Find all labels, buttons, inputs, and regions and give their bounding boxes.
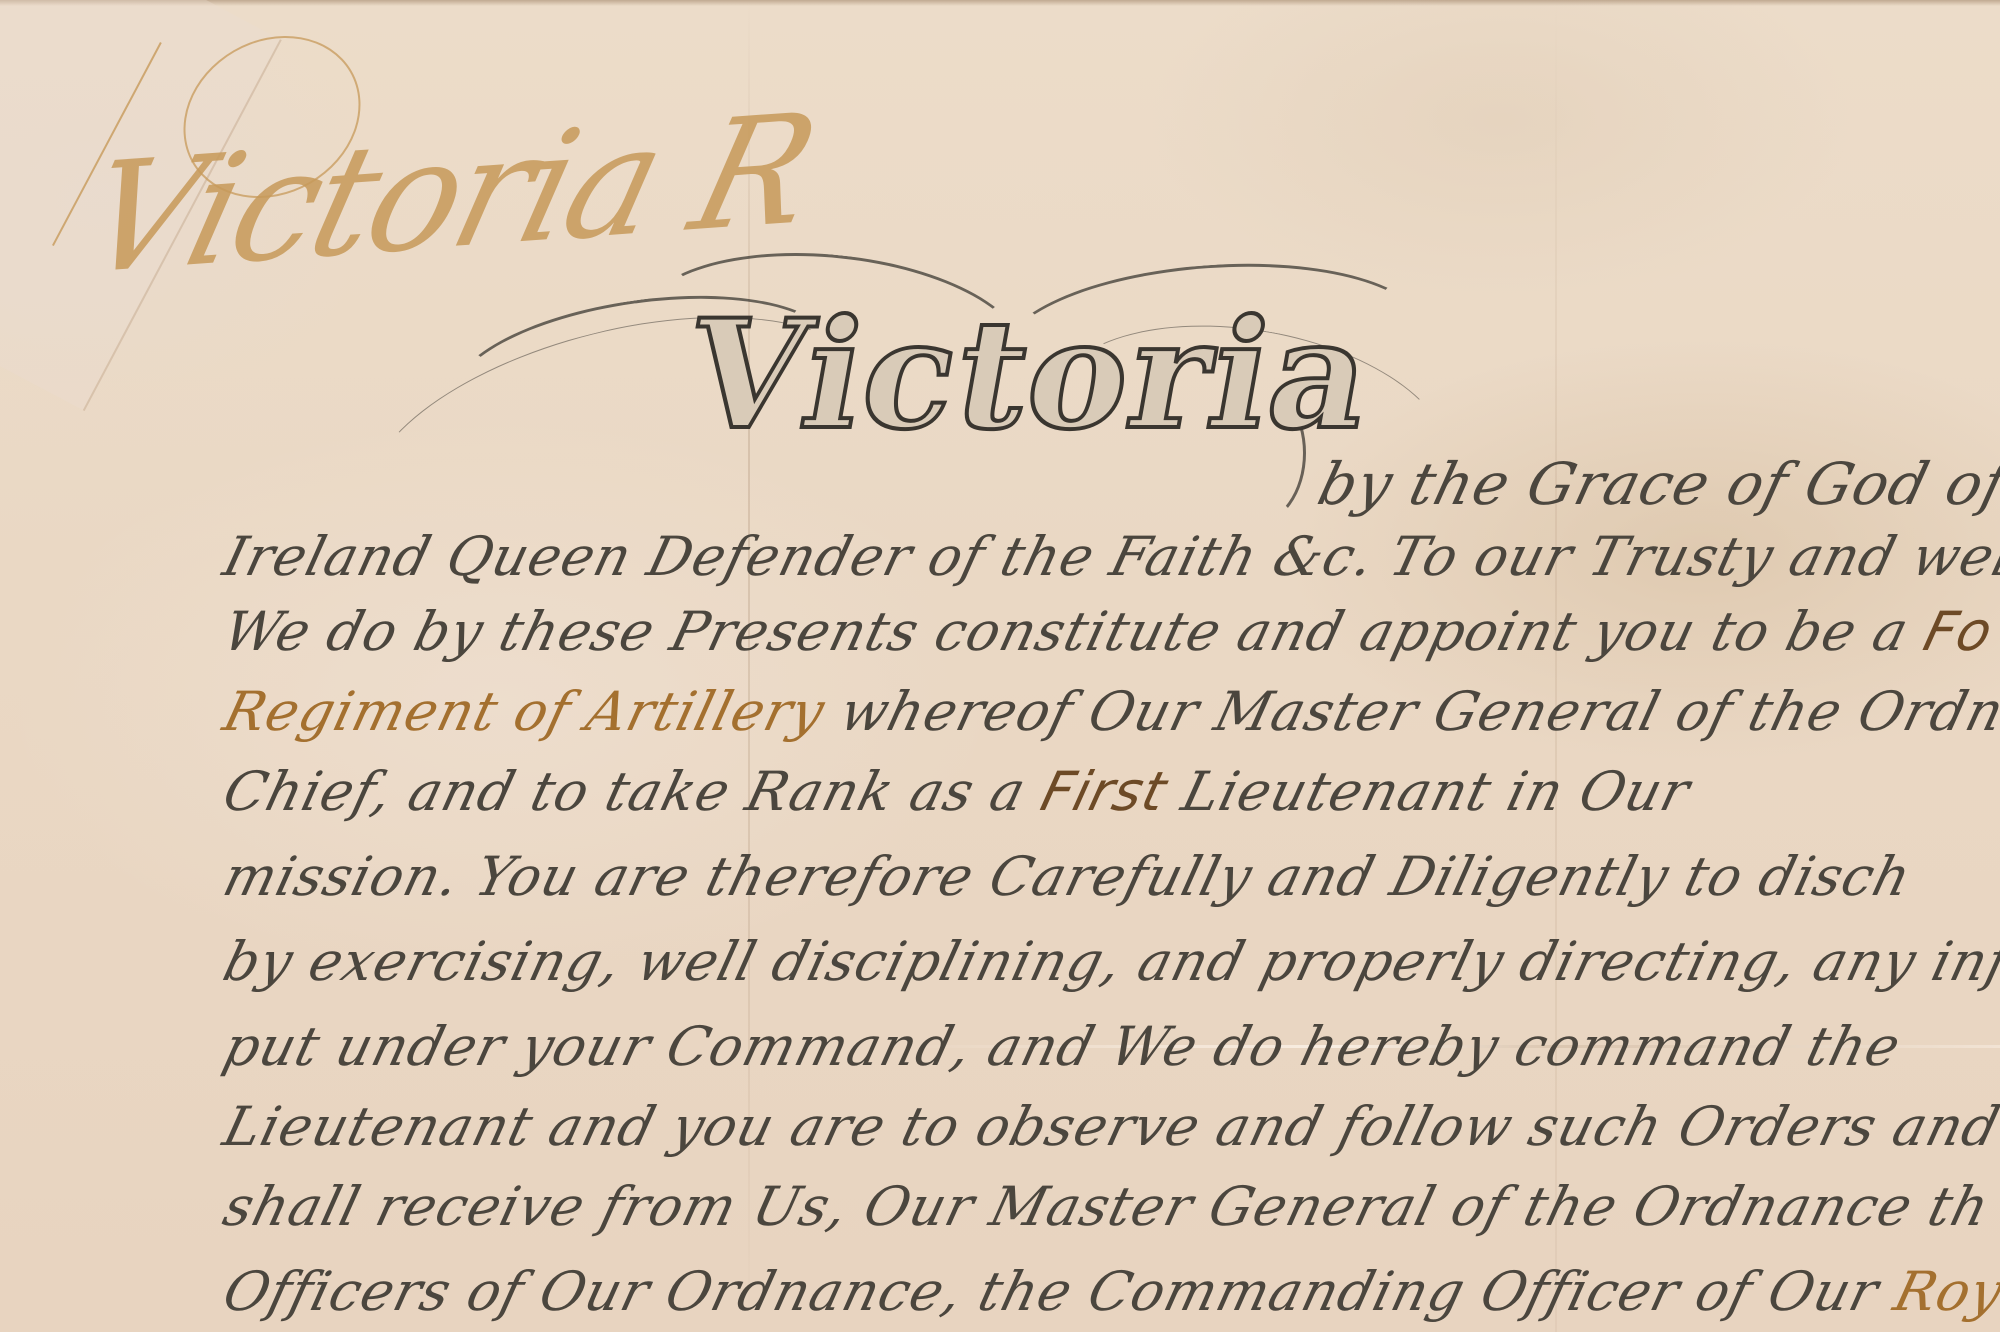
text-segment: Ireland Queen Defender of the Faith &c. … [217, 525, 2000, 588]
text-segment: put under your Command, and We do hereby… [217, 1015, 1907, 1078]
text-segment: We do by these Presents constitute and a… [217, 600, 1933, 663]
text-segment: Chief, and to take Rank as a [217, 760, 1050, 823]
text-segment: Lieutenant in Our [1158, 760, 1697, 823]
text-line: by exercising, well disciplining, and pr… [218, 935, 2000, 989]
text-line: shall receive from Us, Our Master Genera… [218, 1180, 1995, 1234]
text-segment: whereof Our Master General of the Ordn [816, 680, 2000, 743]
text-line: Ireland Queen Defender of the Faith &c. … [218, 530, 2000, 584]
text-segment: by exercising, well disciplining, and pr… [217, 930, 2000, 993]
text-segment: by the Grace of God of the [1312, 450, 2000, 518]
text-line: mission. You are therefore Carefully and… [218, 850, 1916, 904]
text-line: by the Grace of God of the [1313, 455, 2000, 513]
text-line: put under your Command, and We do hereby… [218, 1020, 1906, 1074]
fill-in-regiment: Regiment of Artillery [217, 680, 831, 743]
text-segment: Lieutenant and you are to observe and fo… [217, 1095, 2000, 1158]
text-line: We do by these Presents constitute and a… [218, 605, 1998, 659]
text-line: Chief, and to take Rank as a First Lieut… [218, 765, 1695, 819]
text-line: Regiment of Artillery whereof Our Master… [218, 685, 2000, 739]
document-title: Victoria [677, 300, 1384, 450]
text-segment: mission. You are therefore Carefully and… [217, 845, 1918, 908]
fill-in-rank: Fo [1918, 600, 2000, 663]
text-line: Lieutenant and you are to observe and fo… [218, 1100, 2000, 1154]
text-segment: shall receive from Us, Our Master Genera… [217, 1175, 1996, 1238]
commission-document: Victoria R Victoria by the Grace of God … [0, 0, 2000, 1332]
text-segment: Officers of Our Ordnance, the Commanding… [217, 1260, 1903, 1323]
frame-edge [0, 0, 2000, 6]
fill-in-first: First [1035, 760, 1173, 823]
text-line: Officers of Our Ordnance, the Commanding… [218, 1265, 2000, 1319]
fill-in-royal: Royal [1888, 1260, 2000, 1323]
